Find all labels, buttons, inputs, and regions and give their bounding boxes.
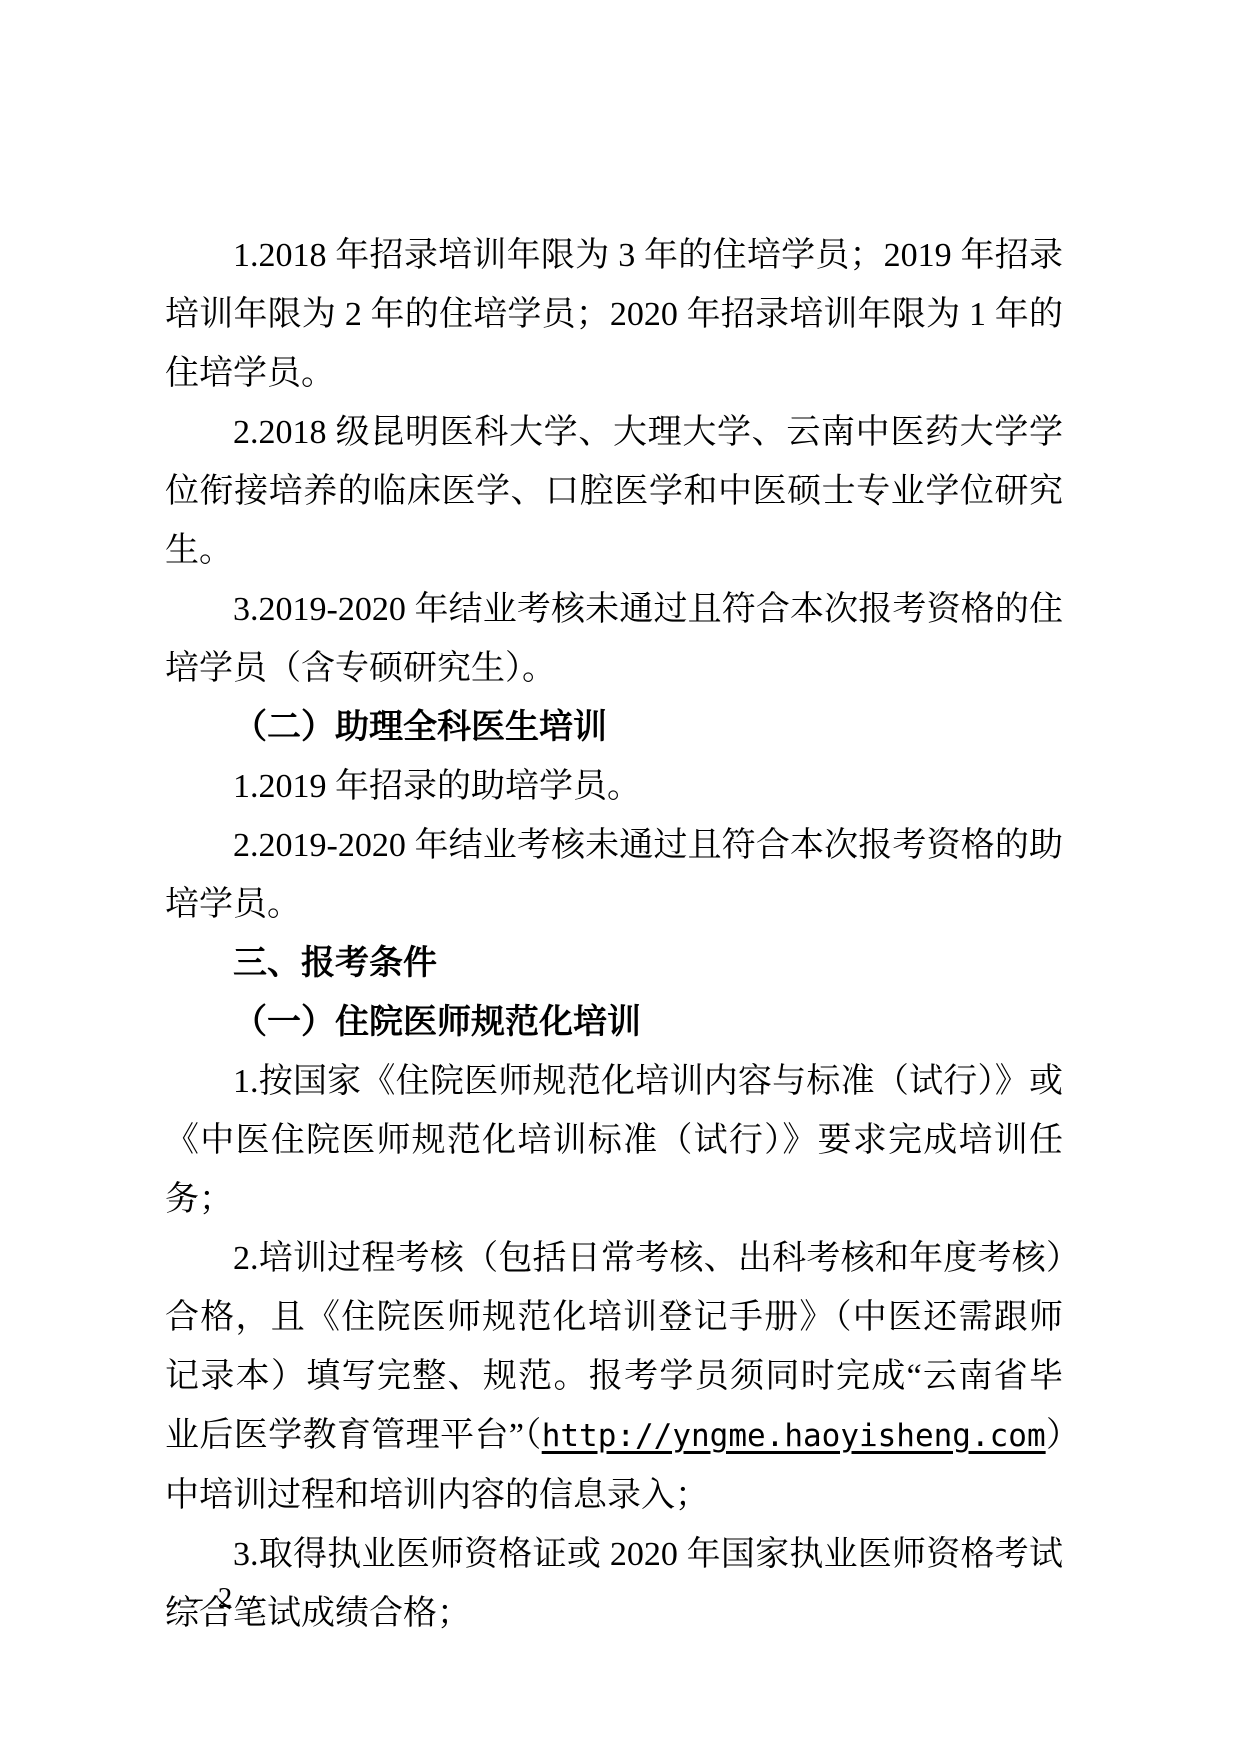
paragraph: 2.2018 级昆明医科大学、大理大学、云南中医药大学学位衔接培养的临床医学、口… — [165, 403, 1063, 580]
paragraph: 1.2018 年招录培训年限为 3 年的住培学员；2019 年招录培训年限为 2… — [165, 226, 1063, 403]
document-body: 1.2018 年招录培训年限为 3 年的住培学员；2019 年招录培训年限为 2… — [165, 226, 1063, 1643]
subsection-heading: （一）住院医师规范化培训 — [165, 993, 1063, 1052]
page-number: – 2 – — [188, 1582, 266, 1615]
document-url[interactable]: http://yngme.haoyisheng.com — [542, 1418, 1046, 1454]
subsection-heading: （二）助理全科医生培训 — [165, 698, 1063, 757]
paragraph: 1.2019 年招录的助培学员。 — [165, 757, 1063, 816]
paragraph: 3.2019-2020 年结业考核未通过且符合本次报考资格的住培学员（含专硕研究… — [165, 580, 1063, 698]
paragraph: 2.培训过程考核（包括日常考核、出科考核和年度考核）合格，且《住院医师规范化培训… — [165, 1229, 1063, 1525]
paragraph: 1.按国家《住院医师规范化培训内容与标准（试行）》或《中医住院医师规范化培训标准… — [165, 1052, 1063, 1229]
paragraph: 2.2019-2020 年结业考核未通过且符合本次报考资格的助培学员。 — [165, 816, 1063, 934]
paragraph: 3.取得执业医师资格证或 2020 年国家执业医师资格考试综合笔试成绩合格； — [165, 1525, 1063, 1643]
section-heading: 三、报考条件 — [165, 934, 1063, 993]
document-page: 1.2018 年招录培训年限为 3 年的住培学员；2019 年招录培训年限为 2… — [0, 0, 1241, 1754]
